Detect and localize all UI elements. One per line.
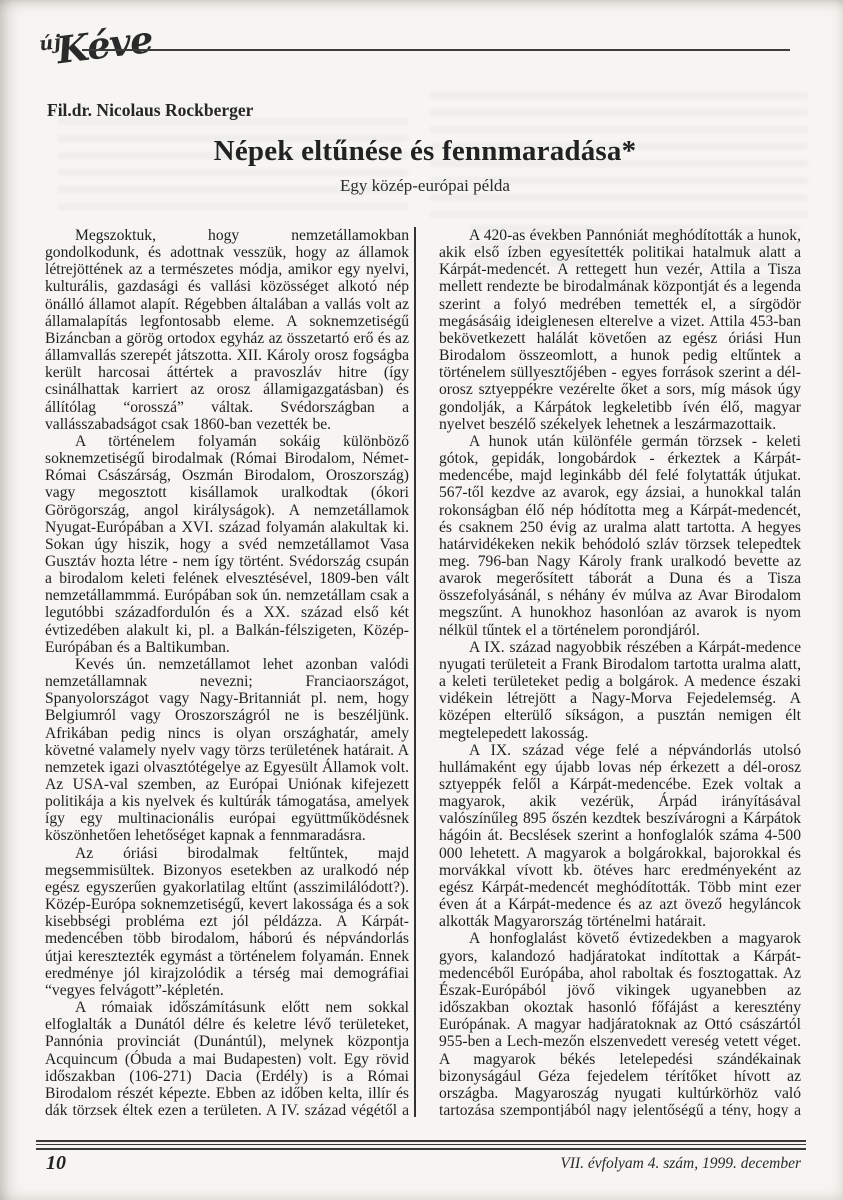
- body-paragraph: Az óriási birodalmak feltűntek, majd meg…: [45, 845, 409, 999]
- author-byline: Fil.dr. Nicolaus Rockberger: [47, 100, 253, 121]
- body-paragraph: A IX. század vége felé a népvándorlás ut…: [439, 742, 801, 931]
- issue-info: VII. évfolyam 4. szám, 1999. december: [560, 1155, 801, 1173]
- right-column: A 420-as években Pannóniát meghódították…: [439, 227, 801, 1117]
- body-paragraph: A 420-as években Pannóniát meghódították…: [439, 227, 801, 433]
- body-paragraph: A hunok után különféle germán törzsek - …: [439, 433, 801, 639]
- bleed-through-artifact: [58, 118, 408, 218]
- footer-rule: [36, 1140, 806, 1150]
- header-rule: [82, 49, 790, 51]
- body-paragraph: A honfoglalást követő évtizedekben a mag…: [439, 930, 801, 1117]
- body-paragraph: A IX. század nagyobbik részében a Kárpát…: [439, 639, 801, 742]
- publication-logo: újKéve: [32, 21, 154, 72]
- article-subtitle: Egy közép-európai példa: [45, 176, 805, 196]
- scanned-magazine-page: újKéve Fil.dr. Nicolaus Rockberger Népek…: [0, 0, 843, 1200]
- article-title: Népek eltűnése és fennmaradása*: [45, 135, 805, 168]
- body-paragraph: Kevés ún. nemzetállamot lehet azonban va…: [45, 656, 409, 845]
- body-paragraph: A rómaiak időszámításunk előtt nem sokka…: [45, 999, 409, 1117]
- body-paragraph: Megszoktuk, hogy nemzetállamokban gondol…: [45, 227, 409, 433]
- logo-keve-text: Kéve: [54, 17, 155, 72]
- article-body: Megszoktuk, hogy nemzetállamokban gondol…: [45, 227, 803, 1117]
- left-column: Megszoktuk, hogy nemzetállamokban gondol…: [45, 227, 409, 1117]
- column-divider: [414, 227, 416, 1117]
- page-number: 10: [46, 1152, 66, 1175]
- body-paragraph: A történelem folyamán sokáig különböző s…: [45, 433, 409, 656]
- logo-uj-text: új: [38, 31, 63, 56]
